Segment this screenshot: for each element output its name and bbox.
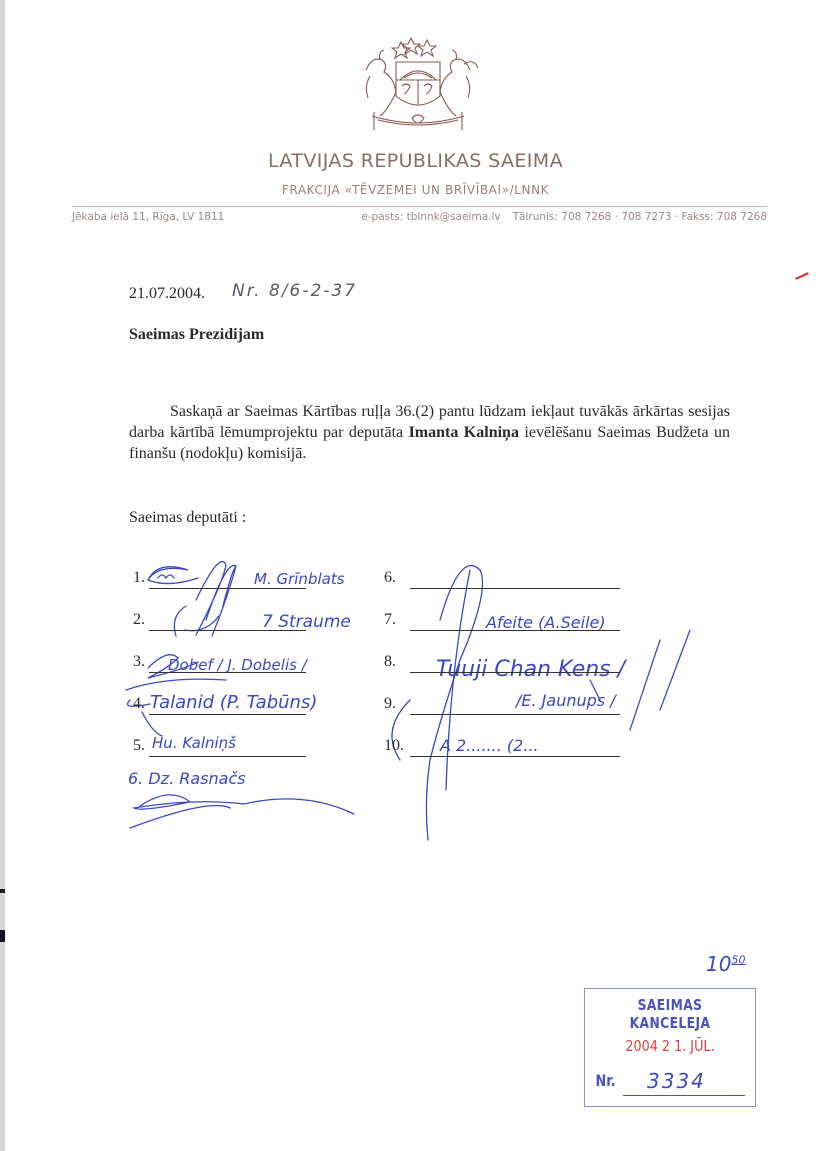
svg-text:Tuuji Chan Kens /: Tuuji Chan Kens / (436, 657, 628, 682)
signature-line-right-4: 9. (384, 695, 396, 713)
letter-date: 21.07.2004. (129, 285, 205, 303)
time-hour: 10 (706, 952, 731, 976)
signature-line-right-2: 7. (384, 611, 396, 629)
signature-line-left-3: 3. (133, 653, 145, 671)
registry-stamp: SAEIMAS KANCELEJA 2004 2 1. JŪL. Nr. 333… (584, 988, 756, 1107)
svg-text:A 2....... (2...: A 2....... (2... (439, 736, 539, 755)
addressee: Saeimas Prezidijam (129, 326, 264, 344)
letterhead-contact: e-pasts: tblnnk@saeima.lvTālrunis: 708 7… (361, 211, 767, 223)
signature-underline (149, 756, 306, 757)
svg-text:7 Straume: 7 Straume (262, 612, 351, 632)
signature-number: 6. (384, 569, 396, 587)
signature-underline (410, 630, 620, 631)
signature-underline (410, 714, 620, 715)
time-minutes: 50 (731, 953, 745, 966)
letterhead-email: e-pasts: tblnnk@saeima.lv (361, 211, 500, 223)
signature-line-right-5: 10. (384, 737, 404, 755)
stamp-date: 2004 2 1. JŪL. (598, 1037, 743, 1055)
signature-line-left-2: 2. (133, 611, 145, 629)
svg-text:6. Dz. Rasnačs: 6. Dz. Rasnačs (128, 769, 246, 788)
signature-line-left-5: 5. (133, 737, 145, 755)
scan-edge (0, 0, 5, 1151)
signature-number: 3. (133, 653, 145, 671)
letterhead-subtitle: FRAKCIJA «TĒVZEMEI UN BRĪVĪBAI»/LNNK (0, 183, 831, 197)
signature-number: 7. (384, 611, 396, 629)
signature-number: 5. (133, 737, 145, 755)
signature-underline (410, 588, 620, 589)
red-pen-mark (795, 272, 809, 280)
signature-line-right-3: 8. (384, 653, 396, 671)
svg-text:/E. Jaunups /: /E. Jaunups / (514, 691, 617, 710)
handwritten-time: 1050 (706, 952, 745, 976)
stamp-title: SAEIMAS KANCELEJA (600, 996, 739, 1032)
signature-line-left-1: 1. (133, 569, 145, 587)
letter-body: Saskaņā ar Saeimas Kārtības ruļļa 36.(2)… (129, 401, 730, 464)
letterhead-title: LATVIJAS REPUBLIKAS SAEIMA (0, 150, 831, 172)
signature-underline (149, 630, 306, 631)
signature-underline (149, 588, 306, 589)
signature-number: 4. (133, 695, 145, 713)
signature-number: 9. (384, 695, 396, 713)
signature-number: 8. (384, 653, 396, 671)
svg-text:Talanid (P. Tabūns): Talanid (P. Tabūns) (150, 692, 317, 713)
sig-1-text: M. Grīnblats (254, 570, 345, 588)
signature-number: 2. (133, 611, 145, 629)
signature-line-left-4: 4. (133, 695, 145, 713)
handwritten-signatures: M. Grīnblats 7 Straume Dobef / J. Dobeli… (0, 0, 831, 1151)
body-text-name: Imanta Kalniņa (409, 424, 519, 441)
letterhead-phone: Tālrunis: 708 7268 · 708 7273 · Fakss: 7… (513, 211, 767, 223)
stamp-nr-value: 3334 (647, 1069, 706, 1093)
stamp-nr-label: Nr. (596, 1071, 616, 1090)
svg-text:Hu. Kalniņš: Hu. Kalniņš (152, 734, 236, 752)
signature-underline (149, 672, 306, 673)
signature-underline (410, 756, 620, 757)
signature-line-right-1: 6. (384, 569, 396, 587)
stamp-nr-line (623, 1095, 745, 1096)
scan-mark (0, 930, 5, 942)
letterhead-divider (72, 206, 767, 207)
signature-number: 10. (384, 737, 404, 755)
signature-number: 1. (133, 569, 145, 587)
signers-label: Saeimas deputāti : (129, 509, 246, 527)
signature-underline (410, 672, 620, 673)
signature-underline (149, 714, 306, 715)
coat-of-arms-icon (352, 34, 484, 134)
scan-mark (0, 889, 5, 893)
letterhead-address: Jēkaba ielā 11, Rīga, LV 1811 (72, 211, 224, 223)
handwritten-reference-number: Nr. 8/6-2-37 (232, 281, 357, 301)
